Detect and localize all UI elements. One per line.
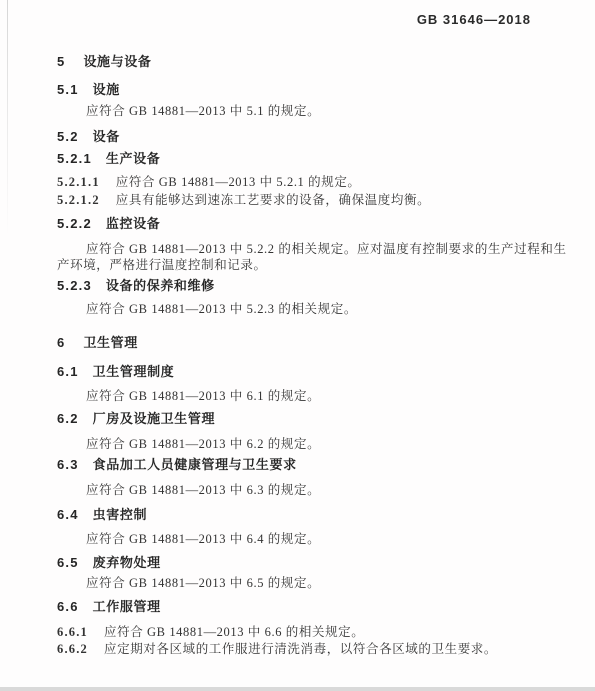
clause-paragraph: 应符合 GB 14881—2013 中 6.3 的规定。 — [57, 482, 573, 498]
clause-heading-6-2: 6.2厂房及设施卫生管理 — [57, 411, 573, 427]
bottom-page-edge — [0, 687, 595, 691]
clause-text: 应符合 GB 14881—2013 中 5.2.1 的规定。 — [116, 175, 361, 189]
clause-heading-6-4: 6.4虫害控制 — [57, 507, 573, 523]
clause-number: 6.5 — [57, 555, 79, 570]
clause-title: 虫害控制 — [93, 507, 147, 522]
clause-number: 6.3 — [57, 457, 79, 472]
document-page: GB 31646—2018 5设施与设备 5.1设施 应符合 GB 14881—… — [0, 0, 595, 691]
clause-paragraph: 应符合 GB 14881—2013 中 6.4 的规定。 — [57, 531, 573, 547]
clause-number: 6.6.1 — [57, 625, 88, 639]
clause-heading-5: 5设施与设备 — [57, 54, 573, 70]
clause-heading-6-6: 6.6工作服管理 — [57, 599, 573, 615]
clause-heading-5-2: 5.2设备 — [57, 129, 573, 145]
clause-text: 应定期对各区域的工作服进行清洗消毒，以符合各区域的卫生要求。 — [104, 642, 497, 656]
clause-number: 6.6.2 — [57, 642, 88, 656]
numbered-clause-5-2-1-2: 5.2.1.2应具有能够达到速冻工艺要求的设备，确保温度均衡。 — [57, 192, 573, 208]
clause-number: 5.2 — [57, 129, 79, 144]
numbered-clause-6-6-1: 6.6.1应符合 GB 14881—2013 中 6.6 的相关规定。 — [57, 624, 573, 640]
clause-heading-6-5: 6.5废弃物处理 — [57, 555, 573, 571]
document-content: 5设施与设备 5.1设施 应符合 GB 14881—2013 中 5.1 的规定… — [0, 0, 595, 657]
clause-number: 5.2.3 — [57, 278, 92, 293]
clause-title: 监控设备 — [106, 216, 160, 231]
clause-number: 6 — [57, 335, 65, 350]
clause-heading-5-2-1: 5.2.1生产设备 — [57, 151, 573, 167]
clause-number: 5.1 — [57, 82, 79, 97]
clause-number: 6.6 — [57, 599, 79, 614]
clause-heading-5-2-2: 5.2.2监控设备 — [57, 216, 573, 232]
clause-title: 食品加工人员健康管理与卫生要求 — [93, 457, 297, 472]
clause-title: 厂房及设施卫生管理 — [93, 411, 215, 426]
clause-number: 6.1 — [57, 364, 79, 379]
clause-text: 应符合 GB 14881—2013 中 6.6 的相关规定。 — [104, 625, 364, 639]
clause-heading-5-2-3: 5.2.3设备的保养和维修 — [57, 278, 573, 294]
numbered-clause-5-2-1-1: 5.2.1.1应符合 GB 14881—2013 中 5.2.1 的规定。 — [57, 174, 573, 190]
clause-heading-6-3: 6.3食品加工人员健康管理与卫生要求 — [57, 457, 573, 473]
numbered-clause-6-6-2: 6.6.2应定期对各区域的工作服进行清洗消毒，以符合各区域的卫生要求。 — [57, 641, 573, 657]
clause-number: 5.2.1 — [57, 151, 92, 166]
clause-number: 6.4 — [57, 507, 79, 522]
clause-title: 设备 — [93, 129, 120, 144]
clause-text: 应具有能够达到速冻工艺要求的设备，确保温度均衡。 — [116, 193, 430, 207]
clause-title: 工作服管理 — [93, 599, 161, 614]
clause-paragraph: 应符合 GB 14881—2013 中 6.1 的规定。 — [57, 388, 573, 404]
clause-paragraph: 应符合 GB 14881—2013 中 6.5 的规定。 — [57, 575, 573, 591]
clause-number: 5 — [57, 54, 65, 69]
clause-title: 生产设备 — [106, 151, 160, 166]
clause-title: 卫生管理 — [83, 335, 137, 350]
clause-title: 设施与设备 — [83, 54, 151, 69]
clause-number: 6.2 — [57, 411, 79, 426]
clause-paragraph: 应符合 GB 14881—2013 中 6.2 的规定。 — [57, 436, 573, 452]
clause-heading-6: 6卫生管理 — [57, 335, 573, 351]
clause-title: 设施 — [93, 82, 120, 97]
clause-number: 5.2.1.1 — [57, 175, 100, 189]
clause-number: 5.2.2 — [57, 216, 92, 231]
clause-title: 卫生管理制度 — [93, 364, 175, 379]
clause-heading-6-1: 6.1卫生管理制度 — [57, 364, 573, 380]
clause-number: 5.2.1.2 — [57, 193, 100, 207]
clause-paragraph: 应符合 GB 14881—2013 中 5.1 的规定。 — [57, 103, 573, 119]
clause-title: 废弃物处理 — [93, 555, 161, 570]
clause-heading-5-1: 5.1设施 — [57, 82, 573, 98]
clause-paragraph: 应符合 GB 14881—2013 中 5.2.3 的相关规定。 — [57, 301, 573, 317]
clause-title: 设备的保养和维修 — [106, 278, 215, 293]
clause-paragraph: 应符合 GB 14881—2013 中 5.2.2 的相关规定。应对温度有控制要… — [57, 241, 573, 273]
